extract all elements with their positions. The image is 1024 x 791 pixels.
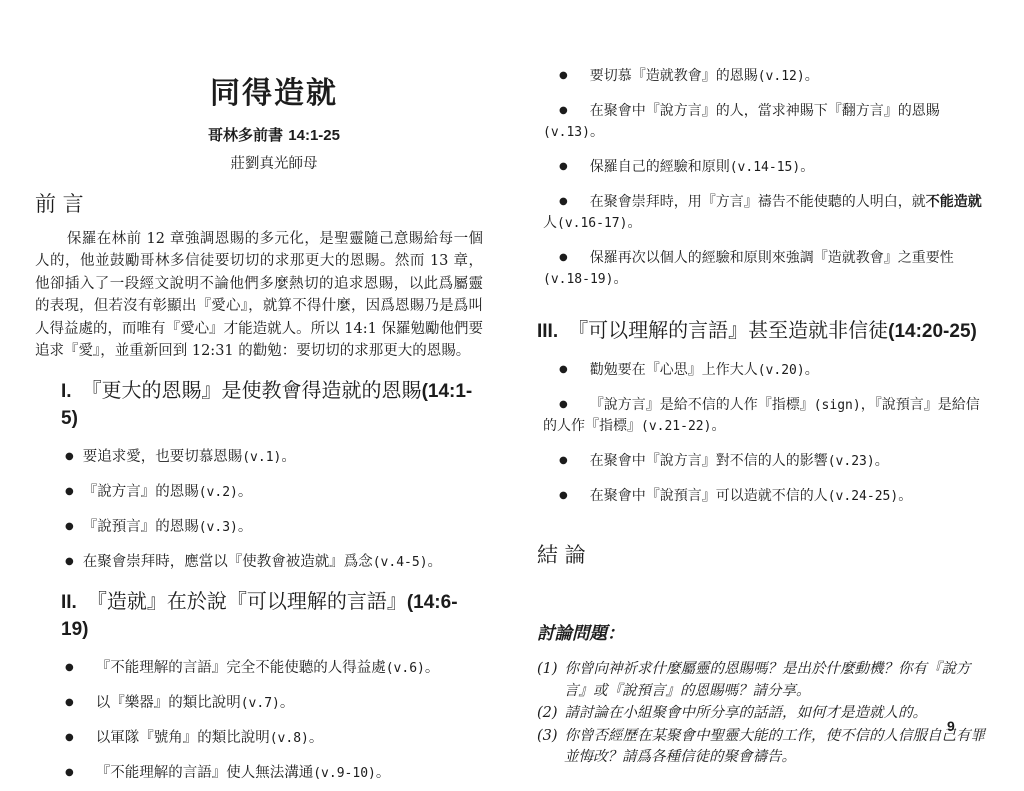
bullet-text: 在聚會中『說方言』對不信的人的影響	[590, 453, 828, 469]
bullet-icon: ●	[65, 486, 74, 497]
verse-reference: (v.23)	[828, 454, 875, 469]
verse-reference: (v.13)	[543, 125, 590, 140]
bullet-item: ●以軍隊『號角』的類比說明(v.8)。	[65, 727, 483, 749]
discussion-question: (1)你曾向神祈求什麼屬靈的恩賜嗎？是出於什麼動機？你有『說方言』或『說預言』的…	[537, 659, 989, 702]
bullet-text: 。	[800, 159, 814, 175]
verse-reference: (v.24-25)	[828, 489, 898, 504]
section-3-list: ●勸勉要在『心思』上作大人(v.20)。●『說方言』是給不信的人作『指標』(si…	[543, 359, 989, 507]
bullet-text: 『說預言』的恩賜	[83, 519, 199, 535]
bullet-text: 在聚會中『說方言』的人，當求神賜下『翻方言』的恩賜	[590, 103, 940, 119]
bullet-icon: ●	[65, 662, 74, 673]
verse-reference: (v.3)	[199, 520, 238, 535]
bullet-item: ●『不能理解的言語』完全不能使聽的人得益處(v.6)。	[65, 657, 483, 679]
page-number: 9	[947, 718, 955, 734]
bullet-text: 以軍隊『號角』的類比說明	[96, 730, 270, 746]
bullet-icon: ●	[65, 556, 74, 567]
bullet-text: 。	[428, 554, 443, 570]
bullet-text: 『不能理解的言語』完全不能使聽的人得益處	[96, 660, 386, 676]
bullet-item: ●『說方言』的恩賜(v.2)。	[65, 481, 483, 503]
bullet-icon: ●	[559, 196, 568, 207]
foreword-heading: 前 言	[35, 192, 483, 216]
section-2-number: II.	[61, 592, 77, 613]
verse-reference: (v.20)	[758, 363, 805, 378]
section-2-title: 『造就』在於說『可以理解的言語』	[87, 589, 407, 613]
bullet-text: 。	[627, 215, 641, 231]
question-text: 你曾否經歷在某聚會中聖靈大能的工作，使不信的人信服自己有罪並悔改？請爲各種信徒的…	[564, 728, 985, 766]
bullet-icon: ●	[559, 399, 568, 410]
author-name: 莊劉真光師母	[65, 152, 483, 173]
bullet-text: 以『樂器』的類比說明	[96, 695, 241, 711]
bullet-icon: ●	[65, 767, 74, 778]
bullet-text: 保羅自己的經驗和原則	[590, 159, 730, 175]
discussion-question: (2)請討論在小組聚會中所分享的話語，如何才是造就人的。	[537, 703, 989, 725]
bullet-icon: ●	[559, 105, 568, 116]
discussion-question-list: (1)你曾向神祈求什麼屬靈的恩賜嗎？是出於什麼動機？你有『說方言』或『說預言』的…	[537, 659, 989, 769]
bullet-text: 。	[238, 519, 253, 535]
question-text: 你曾向神祈求什麼屬靈的恩賜嗎？是出於什麼動機？你有『說方言』或『說預言』的恩賜嗎…	[564, 661, 971, 699]
bullet-icon: ●	[559, 364, 568, 375]
scripture-book: 哥林多前書	[208, 126, 283, 144]
bullet-item: ●在聚會中『說預言』可以造就不信的人(v.24-25)。	[543, 485, 989, 507]
bullet-text: 。	[281, 449, 296, 465]
bullet-text: 。	[711, 418, 725, 434]
bullet-text: 要追求愛，也要切慕恩賜	[83, 449, 243, 465]
bullet-text: 。	[425, 660, 440, 676]
scripture-verses: 14:1-25	[288, 127, 340, 144]
verse-reference: (v.18-19)	[543, 272, 613, 287]
bullet-item: ●要切慕『造就教會』的恩賜(v.12)。	[543, 65, 989, 87]
section-2-list: ●『不能理解的言語』完全不能使聽的人得益處(v.6)。●以『樂器』的類比說明(v…	[65, 657, 483, 784]
bullet-icon: ●	[559, 252, 568, 263]
verse-reference: (v.12)	[758, 69, 805, 84]
verse-reference: (v.16-17)	[557, 216, 627, 231]
foreword-paragraph: 保羅在林前 12 章強調恩賜的多元化，是聖靈隨己意賜給每一個人的，他並鼓勵哥林多…	[35, 228, 483, 362]
bullet-item: ●在聚會中『說方言』對不信的人的影響(v.23)。	[543, 450, 989, 472]
bullet-text: 。	[590, 124, 604, 140]
verse-reference: (v.8)	[270, 731, 309, 746]
bullet-text: 要切慕『造就教會』的恩賜	[590, 68, 758, 84]
bullet-text: 人	[543, 215, 557, 231]
document-page: 同得造就 哥林多前書 14:1-25 莊劉真光師母 前 言 保羅在林前 12 章…	[0, 0, 1024, 791]
discussion-heading: 討論問題：	[537, 620, 989, 645]
bullet-item: ●保羅再次以個人的經驗和原則來強調『造就教會』之重要性(v.18-19)。	[543, 247, 989, 290]
bullet-item: ●『說方言』是給不信的人作『指標』(sign)，『說預言』是給信的人作『指標』(…	[543, 394, 989, 437]
section-1-number: I.	[61, 381, 72, 402]
section-1-list: ●要追求愛，也要切慕恩賜(v.1)。●『說方言』的恩賜(v.2)。●『說預言』的…	[65, 446, 483, 573]
bullet-text: 保羅再次以個人的經驗和原則來強調『造就教會』之重要性	[590, 250, 954, 266]
bullet-text: 。	[613, 271, 627, 287]
bullet-icon: ●	[559, 455, 568, 466]
verse-reference: (v.21-22)	[641, 419, 711, 434]
conclusion-heading: 結 論	[537, 543, 989, 567]
bullet-text: 。	[238, 484, 253, 500]
bullet-text: 。	[898, 488, 912, 504]
bullet-item: ●『說預言』的恩賜(v.3)。	[65, 516, 483, 538]
verse-reference: (v.9-10)	[313, 766, 376, 781]
section-1-heading: I.『更大的恩賜』是使教會得造就的恩賜(14:1-5)	[61, 377, 483, 432]
document-header: 同得造就 哥林多前書 14:1-25 莊劉真光師母	[65, 0, 483, 173]
bullet-icon: ●	[559, 161, 568, 172]
bullet-text: 。	[280, 695, 295, 711]
section-3-heading: III.『可以理解的言語』甚至造就非信徒(14:20-25)	[537, 317, 989, 345]
bullet-item: ●在聚會崇拜時，用『方言』禱告不能使聽的人明白，就不能造就人(v.16-17)。	[543, 191, 989, 234]
section-3-title: 『可以理解的言語』甚至造就非信徒	[568, 318, 888, 342]
question-number: (1)	[537, 661, 558, 677]
question-number: (3)	[537, 728, 558, 744]
page-title: 同得造就	[65, 68, 483, 112]
bullet-text: 『不能理解的言語』使人無法溝通	[96, 765, 314, 781]
bullet-text: 。	[875, 453, 889, 469]
left-column: 同得造就 哥林多前書 14:1-25 莊劉真光師母 前 言 保羅在林前 12 章…	[35, 0, 483, 784]
bullet-text: 『說方言』是給不信的人作『指標』	[590, 397, 814, 413]
bullet-text: 。	[376, 765, 391, 781]
bullet-item: ●『不能理解的言語』使人無法溝通(v.9-10)。	[65, 762, 483, 784]
bullet-text: 。	[805, 68, 819, 84]
section-3-ref: (14:20-25)	[888, 321, 977, 342]
section-2-heading: II.『造就』在於說『可以理解的言語』(14:6-19)	[61, 588, 483, 643]
bullet-text: 。	[805, 362, 819, 378]
section-2-continued-list: ●要切慕『造就教會』的恩賜(v.12)。●在聚會中『說方言』的人，當求神賜下『翻…	[543, 0, 989, 290]
bullet-icon: ●	[65, 732, 74, 743]
verse-reference: (v.7)	[241, 696, 280, 711]
section-1-title: 『更大的恩賜』是使教會得造就的恩賜	[82, 378, 422, 402]
section-3-number: III.	[537, 321, 558, 342]
verse-reference: (v.6)	[386, 661, 425, 676]
bullet-icon: ●	[65, 521, 74, 532]
bullet-icon: ●	[65, 697, 74, 708]
bullet-text: 在聚會崇拜時，應當以『使教會被造就』爲念	[83, 554, 373, 570]
bullet-text: 。	[309, 730, 324, 746]
verse-reference: (sign)	[814, 398, 861, 413]
bullet-icon: ●	[559, 70, 568, 81]
verse-reference: (v.2)	[199, 485, 238, 500]
bullet-icon: ●	[559, 490, 568, 501]
bullet-text: 不能造就	[926, 194, 982, 210]
verse-reference: (v.14-15)	[730, 160, 800, 175]
bullet-text: 『說方言』的恩賜	[83, 484, 199, 500]
bullet-text: 勸勉要在『心思』上作大人	[590, 362, 758, 378]
right-column: ●要切慕『造就教會』的恩賜(v.12)。●在聚會中『說方言』的人，當求神賜下『翻…	[537, 0, 989, 770]
bullet-item: ●勸勉要在『心思』上作大人(v.20)。	[543, 359, 989, 381]
verse-reference: (v.4-5)	[373, 555, 428, 570]
bullet-item: ●保羅自己的經驗和原則(v.14-15)。	[543, 156, 989, 178]
bullet-text: 在聚會崇拜時，用『方言』禱告不能使聽的人明白，就	[590, 194, 926, 210]
question-number: (2)	[537, 705, 558, 721]
question-text: 請討論在小組聚會中所分享的話語，如何才是造就人的。	[565, 705, 928, 721]
bullet-item: ●在聚會中『說方言』的人，當求神賜下『翻方言』的恩賜(v.13)。	[543, 100, 989, 143]
verse-reference: (v.1)	[242, 450, 281, 465]
bullet-item: ●以『樂器』的類比說明(v.7)。	[65, 692, 483, 714]
bullet-item: ●在聚會崇拜時，應當以『使教會被造就』爲念(v.4-5)。	[65, 551, 483, 573]
bullet-item: ●要追求愛，也要切慕恩賜(v.1)。	[65, 446, 483, 468]
bullet-text: 在聚會中『說預言』可以造就不信的人	[590, 488, 828, 504]
bullet-icon: ●	[65, 451, 74, 462]
scripture-reference: 哥林多前書 14:1-25	[65, 124, 483, 145]
discussion-question: (3)你曾否經歷在某聚會中聖靈大能的工作，使不信的人信服自己有罪並悔改？請爲各種…	[537, 726, 989, 769]
